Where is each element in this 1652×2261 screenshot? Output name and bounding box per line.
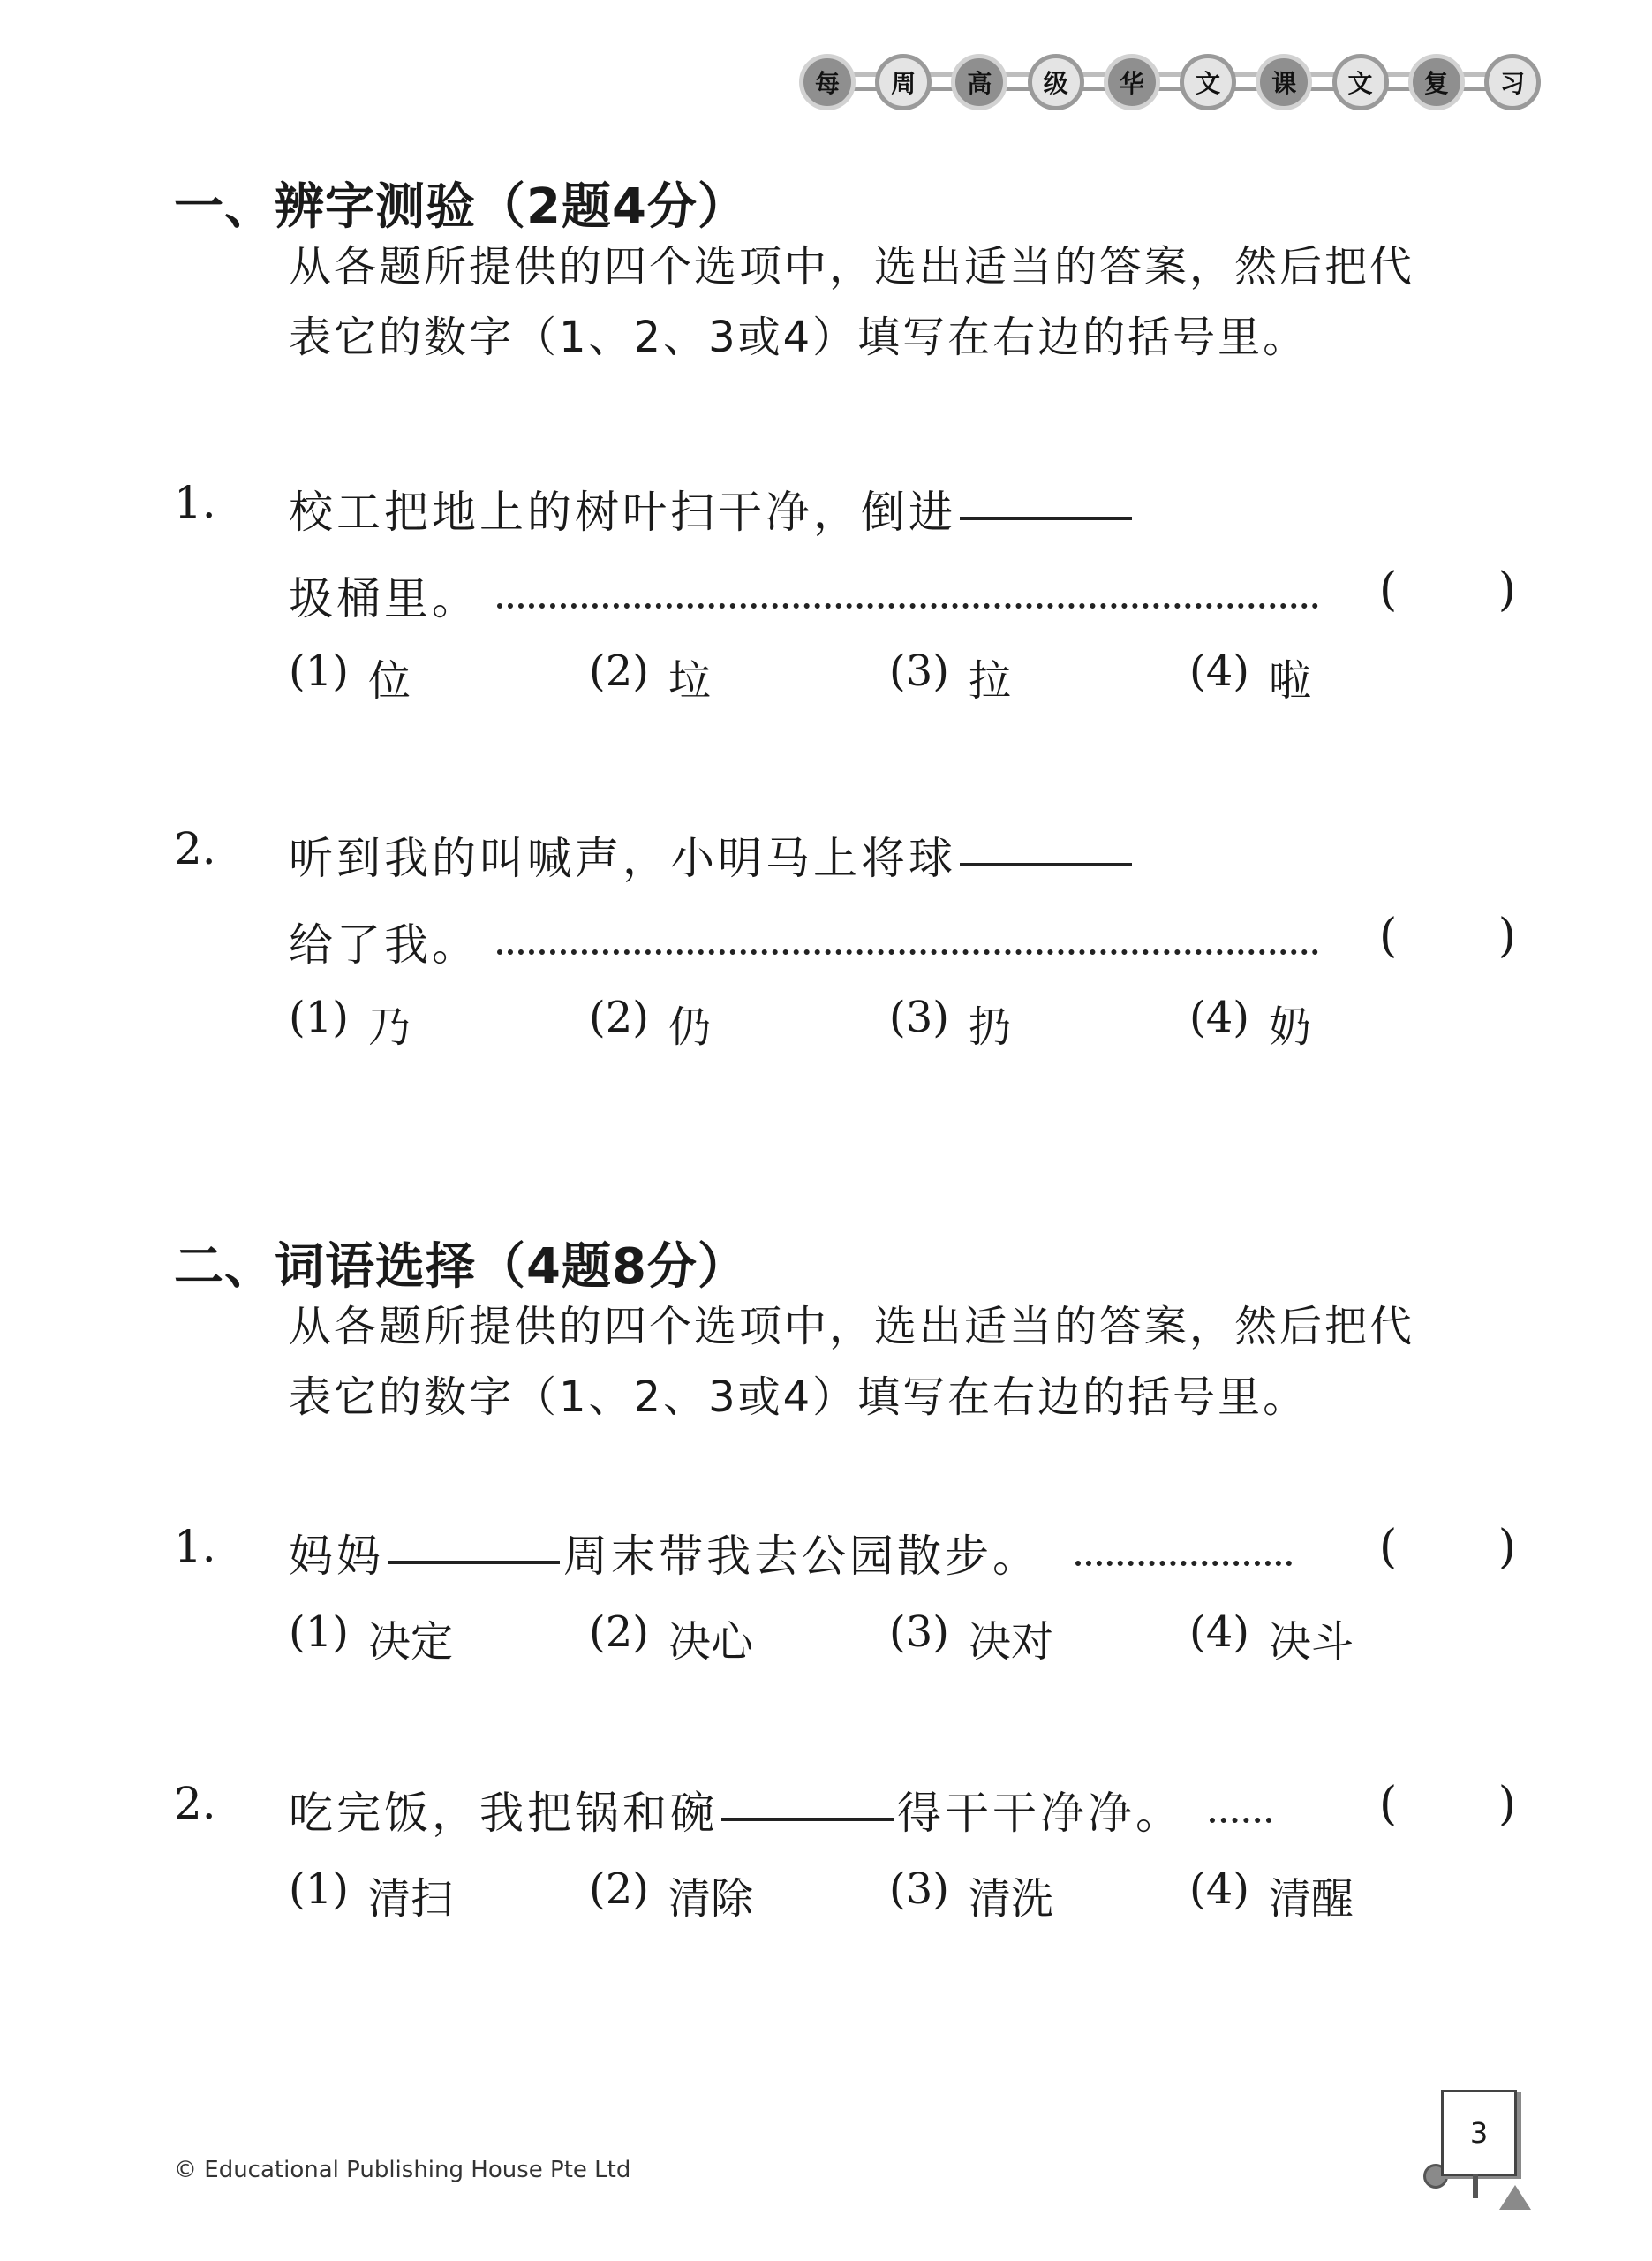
option-4[interactable]: (4)清醒 <box>1189 1864 1490 1925</box>
option-label: (2) <box>589 647 649 707</box>
question-text: 给了我。 <box>289 910 479 973</box>
option-2[interactable]: (2)清除 <box>589 1864 889 1925</box>
options-row: (1)决定 (2)决心 (3)决对 (4)决斗 <box>289 1607 1490 1668</box>
option-text: 垃 <box>668 647 711 707</box>
question-line: 妈妈 周末带我去公园散步。 <box>289 1521 1292 1584</box>
answer-blank <box>721 1817 894 1821</box>
option-label: (3) <box>889 993 949 1054</box>
option-4[interactable]: (4)决斗 <box>1189 1607 1490 1668</box>
option-label: (2) <box>589 1607 649 1668</box>
question-text: 校工把地上的树叶扫干净，倒进 <box>289 477 956 541</box>
section-2-instructions: 从各题所提供的四个选项中，选出适当的答案，然后把代 表它的数字（1、2、3或4）… <box>289 1291 1543 1433</box>
option-label: (1) <box>289 1607 349 1668</box>
question-line-1: 听到我的叫喊声，小明马上将球 <box>289 823 1135 887</box>
option-label: (3) <box>889 1607 949 1668</box>
question-number: 1. <box>174 477 216 528</box>
section-2-title: 二、词语选择（4题8分） <box>174 1228 748 1298</box>
option-text: 乃 <box>368 993 411 1054</box>
banner-bead: 文 <box>1180 54 1236 110</box>
question-text: 听到我的叫喊声，小明马上将球 <box>289 823 956 887</box>
section-1-title: 一、辨字测验（2题4分） <box>174 168 748 238</box>
option-text: 拉 <box>969 647 1011 707</box>
option-text: 决心 <box>668 1607 753 1668</box>
banner-bead: 级 <box>1028 54 1084 110</box>
option-label: (4) <box>1189 1607 1249 1668</box>
option-text: 位 <box>368 647 411 707</box>
section-1-instructions: 从各题所提供的四个选项中，选出适当的答案，然后把代 表它的数字（1、2、3或4）… <box>289 231 1543 373</box>
option-1[interactable]: (1)清扫 <box>289 1864 589 1925</box>
option-text: 扔 <box>969 993 1011 1054</box>
option-2[interactable]: (2)仍 <box>589 993 889 1054</box>
paren-close: ) <box>1498 1778 1516 1831</box>
banner-bead: 高 <box>951 54 1007 110</box>
banner-bead: 每 <box>799 54 856 110</box>
option-1[interactable]: (1)乃 <box>289 993 589 1054</box>
option-label: (1) <box>289 993 349 1054</box>
paren-open: ( <box>1379 563 1397 616</box>
answer-blank <box>388 1560 560 1564</box>
option-label: (1) <box>289 1864 349 1925</box>
banner-bead: 课 <box>1256 54 1312 110</box>
page-number-badge: 3 <box>1430 2090 1536 2213</box>
option-label: (4) <box>1189 647 1249 707</box>
question-2-1: 1. 妈妈 周末带我去公园散步。 ( ) (1)决定 (2)决心 (3)决对 (… <box>174 1521 1516 1671</box>
option-1[interactable]: (1)位 <box>289 647 589 707</box>
answer-box[interactable]: ( ) <box>1379 910 1516 963</box>
question-1-2: 2. 听到我的叫喊声，小明马上将球 给了我。 ( ) (1)乃 (2)仍 (3)… <box>174 823 1516 1053</box>
option-text: 清醒 <box>1269 1864 1354 1925</box>
answer-box[interactable]: ( ) <box>1379 1778 1516 1831</box>
option-label: (3) <box>889 1864 949 1925</box>
question-line-2: 给了我。 <box>289 910 1318 973</box>
instruction-line: 从各题所提供的四个选项中，选出适当的答案，然后把代 <box>289 231 1543 302</box>
instruction-line: 表它的数字（1、2、3或4）填写在右边的括号里。 <box>289 1362 1543 1433</box>
option-2[interactable]: (2)决心 <box>589 1607 889 1668</box>
answer-box[interactable]: ( ) <box>1379 563 1516 616</box>
grass-icon <box>1499 2185 1531 2210</box>
paren-close: ) <box>1498 910 1516 963</box>
option-label: (2) <box>589 1864 649 1925</box>
question-line-1: 校工把地上的树叶扫干净，倒进 <box>289 477 1135 541</box>
option-text: 决定 <box>368 1607 453 1668</box>
paren-open: ( <box>1379 1521 1397 1574</box>
banner-bead: 复 <box>1408 54 1465 110</box>
option-text: 奶 <box>1269 993 1311 1054</box>
question-text: 妈妈 <box>289 1521 384 1584</box>
option-3[interactable]: (3)清洗 <box>889 1864 1189 1925</box>
option-3[interactable]: (3)拉 <box>889 647 1189 707</box>
option-text: 清扫 <box>368 1864 453 1925</box>
dot-leader <box>1210 1818 1271 1823</box>
options-row: (1)位 (2)垃 (3)拉 (4)啦 <box>289 647 1490 707</box>
banner-bead: 周 <box>875 54 932 110</box>
option-label: (1) <box>289 647 349 707</box>
option-4[interactable]: (4)奶 <box>1189 993 1490 1054</box>
question-number: 1. <box>174 1521 216 1572</box>
paren-close: ) <box>1498 1521 1516 1574</box>
option-text: 啦 <box>1269 647 1311 707</box>
answer-box[interactable]: ( ) <box>1379 1521 1516 1574</box>
paren-open: ( <box>1379 1778 1397 1831</box>
question-2-2: 2. 吃完饭，我把锅和碗 得干干净净。 ( ) (1)清扫 (2)清除 (3)清… <box>174 1778 1516 1928</box>
option-text: 清除 <box>668 1864 753 1925</box>
question-number: 2. <box>174 1778 216 1829</box>
answer-blank <box>960 862 1132 866</box>
question-line-2: 圾桶里。 <box>289 563 1318 627</box>
question-text: 吃完饭，我把锅和碗 <box>289 1778 718 1841</box>
dot-leader <box>1075 1561 1292 1566</box>
question-text: 得干干净净。 <box>897 1778 1183 1841</box>
option-text: 决对 <box>969 1607 1053 1668</box>
copyright-notice: © Educational Publishing House Pte Ltd <box>174 2157 630 2183</box>
option-label: (2) <box>589 993 649 1054</box>
dot-leader <box>497 603 1318 609</box>
paren-close: ) <box>1498 563 1516 616</box>
banner-bead: 习 <box>1484 54 1541 110</box>
dot-leader <box>497 949 1318 955</box>
question-text: 周末带我去公园散步。 <box>563 1521 1040 1584</box>
option-3[interactable]: (3)扔 <box>889 993 1189 1054</box>
option-text: 决斗 <box>1269 1607 1354 1668</box>
question-line: 吃完饭，我把锅和碗 得干干净净。 <box>289 1778 1271 1841</box>
paren-open: ( <box>1379 910 1397 963</box>
option-4[interactable]: (4)啦 <box>1189 647 1490 707</box>
banner-bead: 文 <box>1332 54 1389 110</box>
question-text: 圾桶里。 <box>289 563 479 627</box>
option-label: (4) <box>1189 993 1249 1054</box>
option-label: (4) <box>1189 1864 1249 1925</box>
options-row: (1)清扫 (2)清除 (3)清洗 (4)清醒 <box>289 1864 1490 1925</box>
banner-bead: 华 <box>1104 54 1160 110</box>
option-2[interactable]: (2)垃 <box>589 647 889 707</box>
option-1[interactable]: (1)决定 <box>289 1607 589 1668</box>
header-banner: 每 周 高 级 华 文 课 文 复 习 <box>799 53 1541 110</box>
signpost-icon <box>1473 2174 1478 2198</box>
answer-blank <box>960 516 1132 520</box>
question-1-1: 1. 校工把地上的树叶扫干净，倒进 圾桶里。 ( ) (1)位 (2)垃 (3)… <box>174 477 1516 707</box>
option-text: 仍 <box>668 993 711 1054</box>
page-number: 3 <box>1441 2090 1517 2176</box>
options-row: (1)乃 (2)仍 (3)扔 (4)奶 <box>289 993 1490 1054</box>
question-number: 2. <box>174 823 216 874</box>
option-text: 清洗 <box>969 1864 1053 1925</box>
instruction-line: 从各题所提供的四个选项中，选出适当的答案，然后把代 <box>289 1291 1543 1362</box>
option-label: (3) <box>889 647 949 707</box>
instruction-line: 表它的数字（1、2、3或4）填写在右边的括号里。 <box>289 302 1543 373</box>
option-3[interactable]: (3)决对 <box>889 1607 1189 1668</box>
